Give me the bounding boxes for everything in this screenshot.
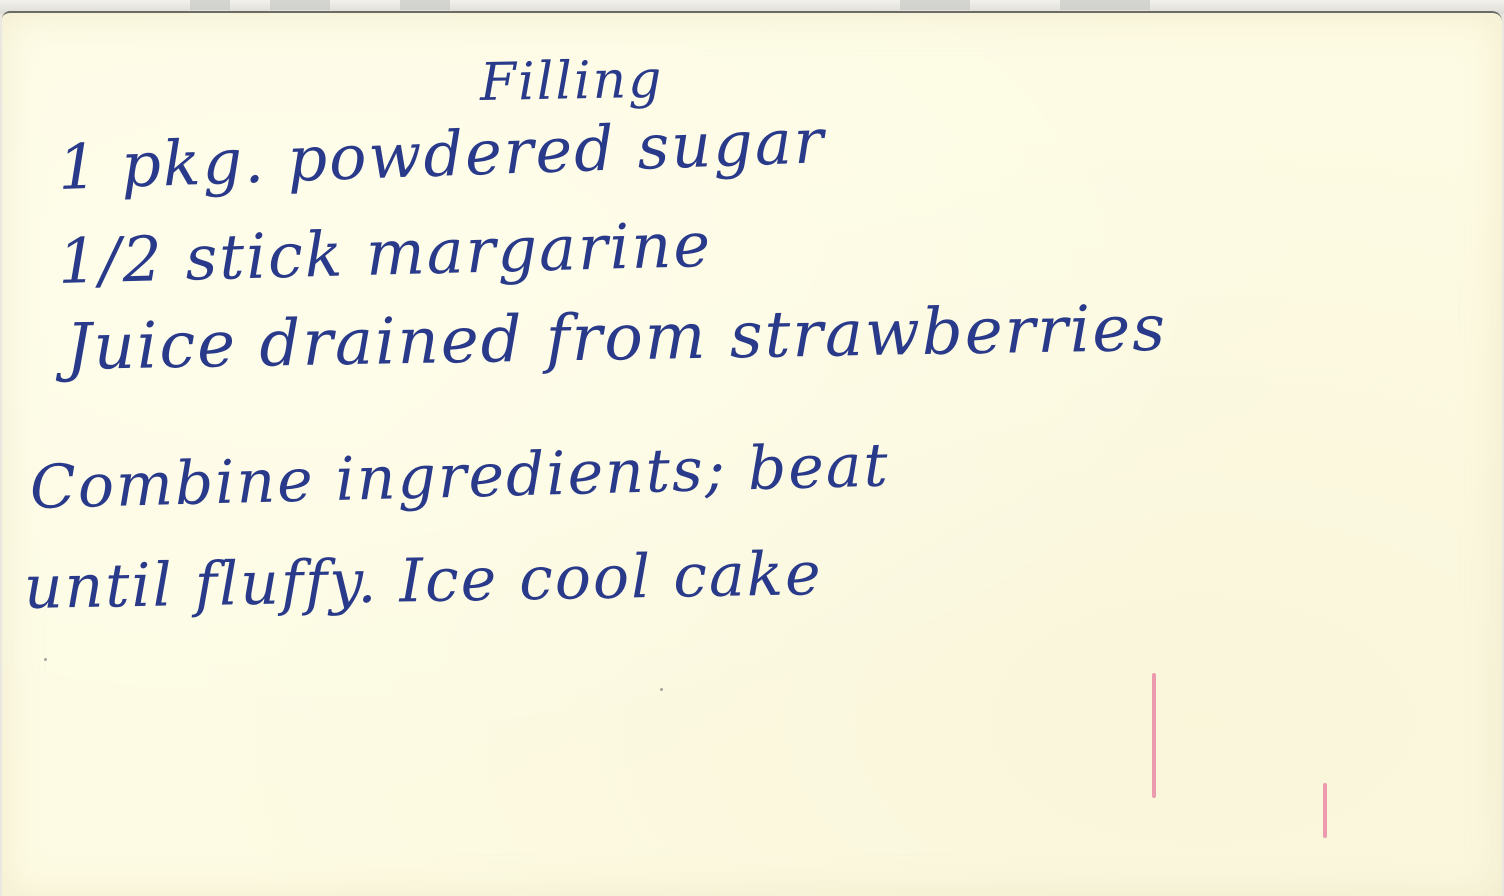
scan-artifact [1060,0,1150,10]
scan-artifact [270,0,330,10]
recipe-card: Filling 1 pkg. powdered sugar 1/2 stick … [2,11,1502,896]
instruction-line: Combine ingredients; beat [29,431,890,523]
ingredient-line: Juice drained from strawberries [65,292,1167,385]
pink-margin-mark [1152,673,1156,798]
ingredient-line: 1 pkg. powdered sugar [57,104,827,204]
instruction-line: until fluffy. Ice cool cake [23,539,823,623]
paper-speck [44,658,47,661]
scan-artifact [190,0,230,10]
paper-speck [660,688,663,691]
ingredient-line: 1/2 stick margarine [57,208,713,298]
recipe-title: Filling [479,50,663,113]
scan-artifact [900,0,970,10]
scan-artifact [400,0,450,10]
pink-margin-mark [1323,783,1327,838]
